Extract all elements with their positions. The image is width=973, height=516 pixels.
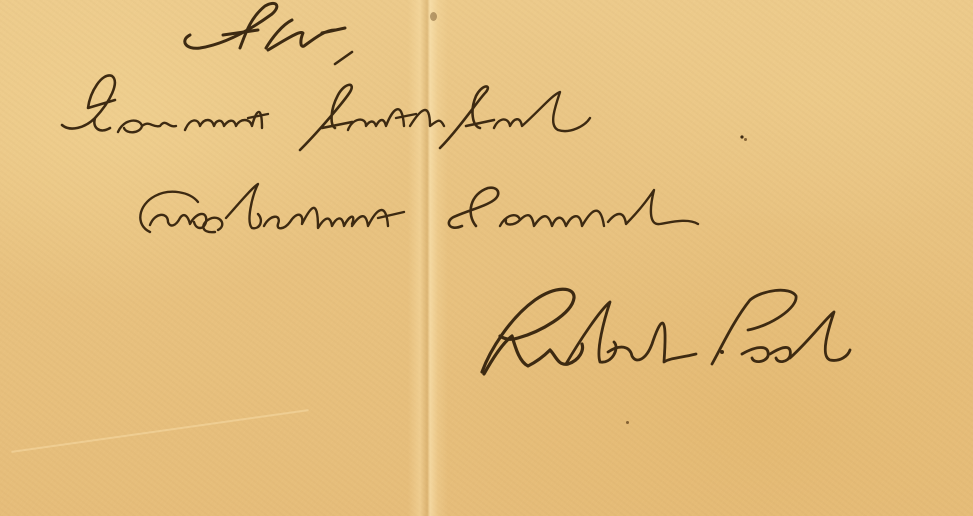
closing-line-1-ink — [62, 75, 744, 150]
salutation-ink — [185, 3, 352, 64]
closing-line-2-ink — [140, 184, 698, 232]
handwriting — [0, 0, 973, 516]
letter-paper: Sir, Your most faithful and obedient Ser… — [0, 0, 973, 516]
signature-ink — [482, 289, 850, 374]
